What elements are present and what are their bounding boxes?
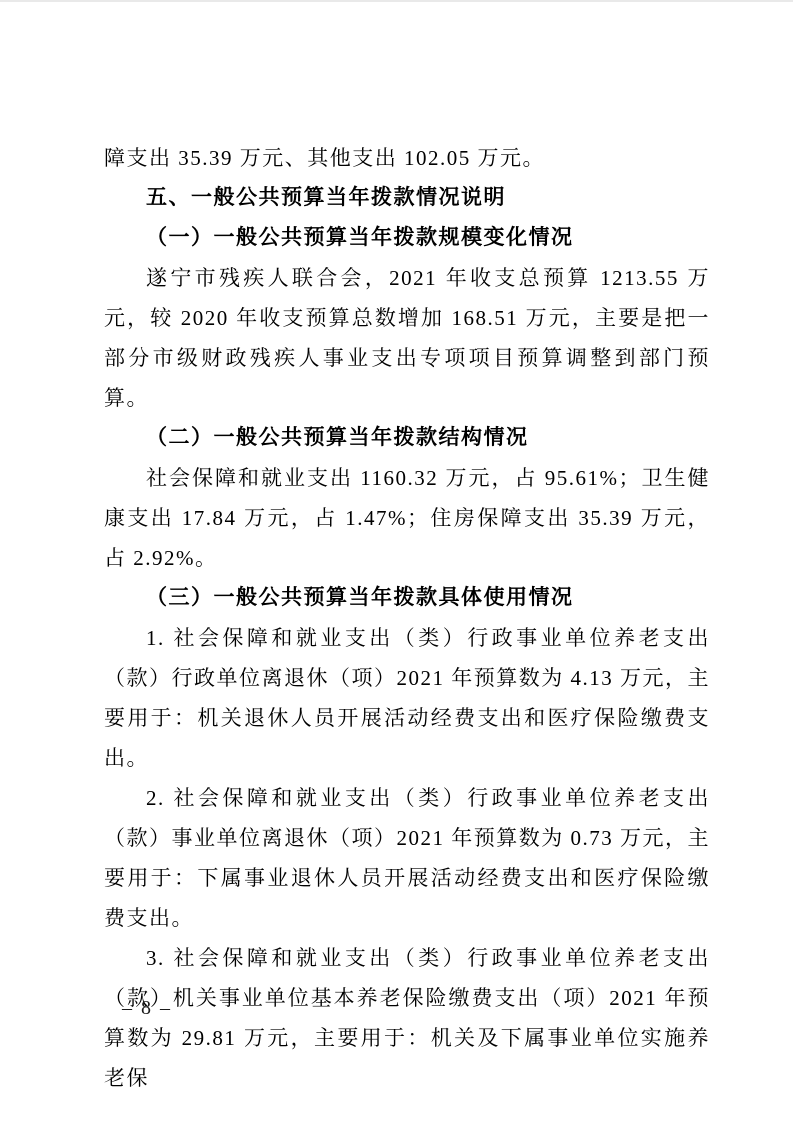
document-page: 障支出 35.39 万元、其他支出 102.05 万元。 五、一般公共预算当年拨… xyxy=(0,0,793,1122)
page-number: – 8 – xyxy=(122,996,172,1020)
document-content: 障支出 35.39 万元、其他支出 102.05 万元。 五、一般公共预算当年拨… xyxy=(104,138,710,1098)
subsection-heading-3: （三）一般公共预算当年拨款具体使用情况 xyxy=(104,578,710,618)
body-paragraph-item-2: 2. 社会保障和就业支出（类）行政事业单位养老支出（款）事业单位离退休（项）20… xyxy=(104,778,710,938)
paragraph-continuation: 障支出 35.39 万元、其他支出 102.05 万元。 xyxy=(104,138,710,178)
body-paragraph-structure: 社会保障和就业支出 1160.32 万元，占 95.61%；卫生健康支出 17.… xyxy=(104,458,710,578)
body-paragraph-scale-change: 遂宁市残疾人联合会，2021 年收支总预算 1213.55 万元，较 2020 … xyxy=(104,258,710,418)
subsection-heading-2: （二）一般公共预算当年拨款结构情况 xyxy=(104,418,710,458)
section-heading-5: 五、一般公共预算当年拨款情况说明 xyxy=(104,178,710,218)
body-paragraph-item-1: 1. 社会保障和就业支出（类）行政事业单位养老支出（款）行政单位离退休（项）20… xyxy=(104,618,710,778)
body-paragraph-item-3: 3. 社会保障和就业支出（类）行政事业单位养老支出（款）机关事业单位基本养老保险… xyxy=(104,938,710,1098)
subsection-heading-1: （一）一般公共预算当年拨款规模变化情况 xyxy=(104,218,710,258)
